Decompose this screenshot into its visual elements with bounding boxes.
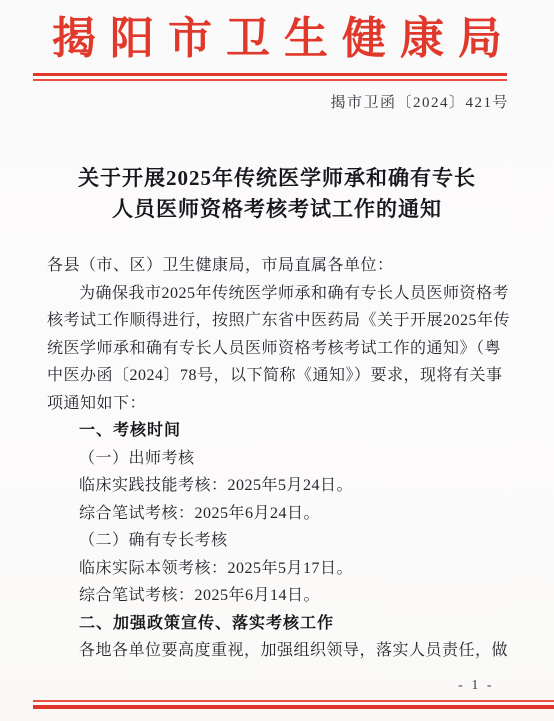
section1-item-clinical-exam-date: 临床实际本领考核：2025年5月17日。 <box>47 555 509 583</box>
document-reference-number: 揭市卫函〔2024〕421号 <box>330 91 509 112</box>
intro-paragraph-line: 核考试工作顺得进行，按照广东省中医药局《关于开展2025年传 <box>47 307 509 335</box>
notice-title-line2: 人员医师资格考核考试工作的通知 <box>0 194 554 225</box>
intro-paragraph-line: 中医办函〔2024〕78号，以下简称《通知》）要求，现将有关事 <box>47 362 509 390</box>
notice-title: 关于开展2025年传统医学师承和确有专长 人员医师资格考核考试工作的通知 <box>0 163 554 225</box>
section1-item-written-exam-date: 综合笔试考核：2025年6月24日。 <box>47 500 509 528</box>
section2-paragraph-line: 各地各单位要高度重视，加强组织领导，落实人员责任，做 <box>47 637 509 665</box>
notice-title-line1: 关于开展2025年传统医学师承和确有专长 <box>0 163 554 194</box>
section1-item-practical-exam-date: 临床实践技能考核：2025年5月24日。 <box>47 472 509 500</box>
page-number: - 1 - <box>458 678 494 694</box>
section2-heading: 二、加强政策宣传、落实考核工作 <box>47 610 509 638</box>
agency-letterhead: 揭阳市卫生健康局 <box>0 14 554 64</box>
intro-paragraph-line: 为确保我市2025年传统医学师承和确有专长人员医师资格考 <box>47 280 509 308</box>
salutation: 各县（市、区）卫生健康局，市局直属各单位： <box>47 252 509 280</box>
document-body: 各县（市、区）卫生健康局，市局直属各单位： 为确保我市2025年传统医学师承和确… <box>47 252 509 665</box>
scanned-official-document: 揭阳市卫生健康局 揭市卫函〔2024〕421号 关于开展2025年传统医学师承和… <box>0 0 554 721</box>
section1-heading: 一、考核时间 <box>47 417 509 445</box>
intro-paragraph-line: 统医学师承和确有专长人员医师资格考核考试工作的通知》（粤 <box>47 335 509 363</box>
footer-red-divider <box>33 700 554 709</box>
section1-item-written-exam-date-2: 综合笔试考核：2025年6月14日。 <box>47 582 509 610</box>
section1-subheading-2: （二）确有专长考核 <box>47 527 509 555</box>
section1-subheading-1: （一）出师考核 <box>47 445 509 473</box>
letterhead-divider <box>33 73 507 81</box>
intro-paragraph-line: 项通知如下： <box>47 390 509 418</box>
